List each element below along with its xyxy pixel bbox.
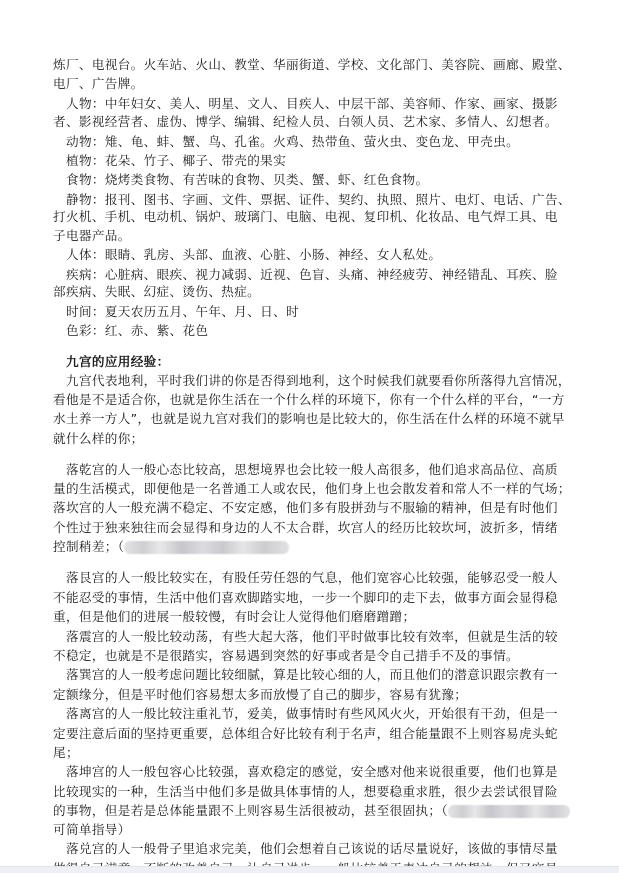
text-line: 不能忍受的事情，生活中他们喜欢脚踏实地，一步一个脚印的走下去，做事方面会显得稳 bbox=[53, 588, 575, 607]
text-line-content: 时间：夏天农历五月、午年、月、日、时 bbox=[66, 304, 299, 319]
text-line: 色彩：红、赤、紫、花色 bbox=[53, 321, 575, 340]
text-line-content: 不能忍受的事情，生活中他们喜欢脚踏实地，一步一个脚印的走下去，做事方面会显得稳 bbox=[53, 590, 558, 605]
text-line: 不稳定，也就是不是很踏实，容易遇到突然的好事或者是令自己措手不及的事情。 bbox=[53, 646, 575, 665]
text-line-content: 看他是不是适合你，也就是你生活在一个什么样的环境下，你有一个什么样的平台，“一方 bbox=[53, 392, 565, 407]
text-line: 人物：中年妇女、美人、明星、文人、目疾人、中层干部、美容师、作家、画家、摄影 bbox=[53, 94, 575, 113]
text-line: 控制稍差；（ bbox=[53, 537, 575, 556]
text-line: 炼厂、电视台。火车站、火山、教堂、华丽街道、学校、文化部门、美容院、画廊、殿堂、 bbox=[53, 55, 575, 74]
text-line-content: 炼厂、电视台。火车站、火山、教堂、华丽街道、学校、文化部门、美容院、画廊、殿堂、 bbox=[53, 57, 571, 72]
text-line-content: 个性过于独来独往而会显得和身边的人不太合群，坎宫人的经历比较坎坷，波折多，情绪 bbox=[53, 520, 558, 535]
text-line: 比较现实的一种，生活当中他们多是做具体事情的人，想要稳重求胜，很少去尝试很冒险 bbox=[53, 782, 575, 801]
text-line: 落震宫的人一般比较动荡，有些大起大落，他们平时做事比较有效率，但就是生活的较 bbox=[53, 627, 575, 646]
text-line-content: 落离宫的人一般比较注重礼节，爱美，做事情时有些风风火火，开始很有干劲，但是一 bbox=[66, 706, 558, 721]
text-line-content: 控制稍差；（ bbox=[53, 539, 124, 554]
text-line-content: 人体：眼睛、乳房、头部、血液、心脏、小肠、神经、女人私处。 bbox=[66, 247, 441, 262]
text-line: 落坎宫的人一般充满不稳定、不安定感，他们多有股拼劲与不服输的精神，但是有时他们 bbox=[53, 498, 575, 517]
text-line: 电厂、广告牌。 bbox=[53, 74, 575, 93]
text-line: 看他是不是适合你，也就是你生活在一个什么样的环境下，你有一个什么样的平台，“一方 bbox=[53, 390, 575, 409]
text-line: 食物：烧烤类食物、有苦味的食物、贝类、蟹、虾、红色食物。 bbox=[53, 170, 575, 189]
text-line: 定要注意后面的坚持更重要，总体组合好比较有利于名声，组合能量跟不上则容易虎头蛇 bbox=[53, 724, 575, 743]
text-line-content: 落乾宫的人一般心态比较高，思想境界也会比较一般人高很多，他们追求高品位、高质 bbox=[66, 462, 558, 477]
text-line: 的事物，但是若是总体能量跟不上则容易生活很被动，甚至很固执；（ bbox=[53, 801, 575, 820]
text-line: 可简单指导） bbox=[53, 820, 575, 839]
text-line-content: 者、影视经营者、虚伪、博学、编辑、纪检人员、白领人员、艺术家、多情人、幻想者。 bbox=[53, 114, 558, 129]
text-line-content: 落坤宫的人一般包容心比较强，喜欢稳定的感觉，安全感对他来说很重要，他们也算是 bbox=[66, 764, 558, 779]
text-line-content: 静物：报刊、图书、字画、文件、票据、证件、契约、执照、照片、电灯、电话、广告、 bbox=[66, 192, 571, 207]
text-line: 量的生活模式，即便他是一名普通工人或农民，他们身上也会散发着和常人不一样的气场； bbox=[53, 479, 575, 498]
text-line: 子电器产品。 bbox=[53, 226, 575, 245]
text-line-content: 子电器产品。 bbox=[53, 228, 131, 243]
text-line-content: 比较现实的一种，生活当中他们多是做具体事情的人，想要稳重求胜，很少去尝试很冒险 bbox=[53, 784, 558, 799]
text-line-content: 可简单指导） bbox=[53, 822, 131, 837]
text-line: 落兑宫的人一般骨子里追求完美，他们会想着自己该说的话尽量说好，该做的事情尽量 bbox=[53, 839, 575, 858]
text-line: 部疾病、失眠、幻症、烫伤、热症。 bbox=[53, 282, 575, 301]
text-line-content: 就什么样的你； bbox=[53, 431, 144, 446]
viewer-bottom-bar bbox=[0, 866, 619, 873]
text-line-content: 落震宫的人一般比较动荡，有些大起大落，他们平时做事比较有效率，但就是生活的较 bbox=[66, 629, 558, 644]
text-line-content: 落巽宫的人一般考虑问题比较细腻，算是比较心细的人，而且他们的潜意识跟宗教有一 bbox=[66, 667, 558, 682]
text-line: 定额缘分，但是平时他们容易想太多而放慢了自己的脚步，容易有犹豫； bbox=[53, 685, 575, 704]
text-line: 落乾宫的人一般心态比较高，思想境界也会比较一般人高很多，他们追求高品位、高质 bbox=[53, 460, 575, 479]
text-line: 个性过于独来独往而会显得和身边的人不太合群，坎宫人的经历比较坎坷，波折多，情绪 bbox=[53, 518, 575, 537]
text-line: 人体：眼睛、乳房、头部、血液、心脏、小肠、神经、女人私处。 bbox=[53, 245, 575, 264]
text-line-content: 定要注意后面的坚持更重要，总体组合好比较有利于名声，组合能量跟不上则容易虎头蛇 bbox=[53, 726, 558, 741]
text-line: 打火机、手机、电动机、锅炉、玻璃门、电脑、电视、复印机、化妆品、电气焊工具、电 bbox=[53, 207, 575, 226]
redacted-blur bbox=[448, 805, 570, 818]
text-line-content: 不稳定，也就是不是很踏实，容易遇到突然的好事或者是令自己措手不及的事情。 bbox=[53, 648, 519, 663]
text-line-content: 九宫的应用经验： bbox=[66, 354, 170, 369]
text-line: 植物：花朵、竹子、椰子、带壳的果实 bbox=[53, 151, 575, 170]
text-line-content: 植物：花朵、竹子、椰子、带壳的果实 bbox=[66, 153, 286, 168]
text-line-content: 食物：烧烤类食物、有苦味的食物、贝类、蟹、虾、红色食物。 bbox=[66, 172, 428, 187]
text-line-content: 的事物，但是若是总体能量跟不上则容易生活很被动，甚至很固执；（ bbox=[53, 803, 448, 818]
text-line: 落巽宫的人一般考虑问题比较细腻，算是比较心细的人，而且他们的潜意识跟宗教有一 bbox=[53, 665, 575, 684]
text-line: 者、影视经营者、虚伪、博学、编辑、纪检人员、白领人员、艺术家、多情人、幻想者。 bbox=[53, 112, 575, 131]
redacted-blur bbox=[124, 541, 289, 554]
text-line-content: 色彩：红、赤、紫、花色 bbox=[66, 323, 208, 338]
text-line: 动物：雉、龟、蚌、蟹、鸟、孔雀。火鸡、热带鱼、萤火虫、变色龙、甲壳虫。 bbox=[53, 132, 575, 151]
text-line-content: 电厂、广告牌。 bbox=[53, 76, 144, 91]
text-line-content: 量的生活模式，即便他是一名普通工人或农民，他们身上也会散发着和常人不一样的气场； bbox=[53, 481, 571, 496]
text-line-content: 定额缘分，但是平时他们容易想太多而放慢了自己的脚步，容易有犹豫； bbox=[53, 687, 467, 702]
section-heading: 九宫的应用经验： bbox=[53, 352, 575, 371]
text-line-content: 动物：雉、龟、蚌、蟹、鸟、孔雀。火鸡、热带鱼、萤火虫、变色龙、甲壳虫。 bbox=[66, 134, 519, 149]
text-line: 落离宫的人一般比较注重礼节，爱美，做事情时有些风风火火，开始很有干劲，但是一 bbox=[53, 704, 575, 723]
text-line-content: 部疾病、失眠、幻症、烫伤、热症。 bbox=[53, 284, 260, 299]
text-line-content: 疾病：心脏病、眼疾、视力减弱、近视、色盲、头痛、神经疲劳、神经错乱、耳疾、脸 bbox=[66, 267, 558, 282]
text-line: 尾； bbox=[53, 743, 575, 762]
text-line: 落艮宫的人一般比较实在，有股任劳任怨的气息，他们宽容心比较强，能够忍受一般人 bbox=[53, 568, 575, 587]
text-line: 重，但是他们的进展一般较慢，有时会让人觉得他们磨磨蹭蹭； bbox=[53, 607, 575, 626]
text-line-content: 落兑宫的人一般骨子里追求完美，他们会想着自己该说的话尽量说好，该做的事情尽量 bbox=[66, 841, 558, 856]
text-line-content: 九宫代表地利，平时我们讲的你是否得到地利，这个时候我们就要看你所落得九宫情况， bbox=[66, 373, 571, 388]
text-line: 水土养一方人”，也就是说九宫对我们的影响也是比较大的，你生活在什么样的环境不就早 bbox=[53, 409, 575, 428]
text-line-content: 打火机、手机、电动机、锅炉、玻璃门、电脑、电视、复印机、化妆品、电气焊工具、电 bbox=[53, 209, 558, 224]
text-line-content: 重，但是他们的进展一般较慢，有时会让人觉得他们磨磨蹭蹭； bbox=[53, 609, 415, 624]
text-line: 时间：夏天农历五月、午年、月、日、时 bbox=[53, 302, 575, 321]
text-line: 就什么样的你； bbox=[53, 429, 575, 448]
text-line-content: 水土养一方人”，也就是说九宫对我们的影响也是比较大的，你生活在什么样的环境不就早 bbox=[53, 411, 565, 426]
text-line-content: 落艮宫的人一般比较实在，有股任劳任怨的气息，他们宽容心比较强，能够忍受一般人 bbox=[66, 570, 558, 585]
text-line: 九宫代表地利，平时我们讲的你是否得到地利，这个时候我们就要看你所落得九宫情况， bbox=[53, 371, 575, 390]
text-line-content: 人物：中年妇女、美人、明星、文人、目疾人、中层干部、美容师、作家、画家、摄影 bbox=[66, 96, 558, 111]
document-page: 炼厂、电视台。火车站、火山、教堂、华丽街道、学校、文化部门、美容院、画廊、殿堂、… bbox=[0, 0, 619, 866]
text-line: 落坤宫的人一般包容心比较强，喜欢稳定的感觉，安全感对他来说很重要，他们也算是 bbox=[53, 762, 575, 781]
text-line-content: 落坎宫的人一般充满不稳定、不安定感，他们多有股拼劲与不服输的精神，但是有时他们 bbox=[53, 500, 558, 515]
text-line-content: 尾； bbox=[53, 745, 79, 760]
